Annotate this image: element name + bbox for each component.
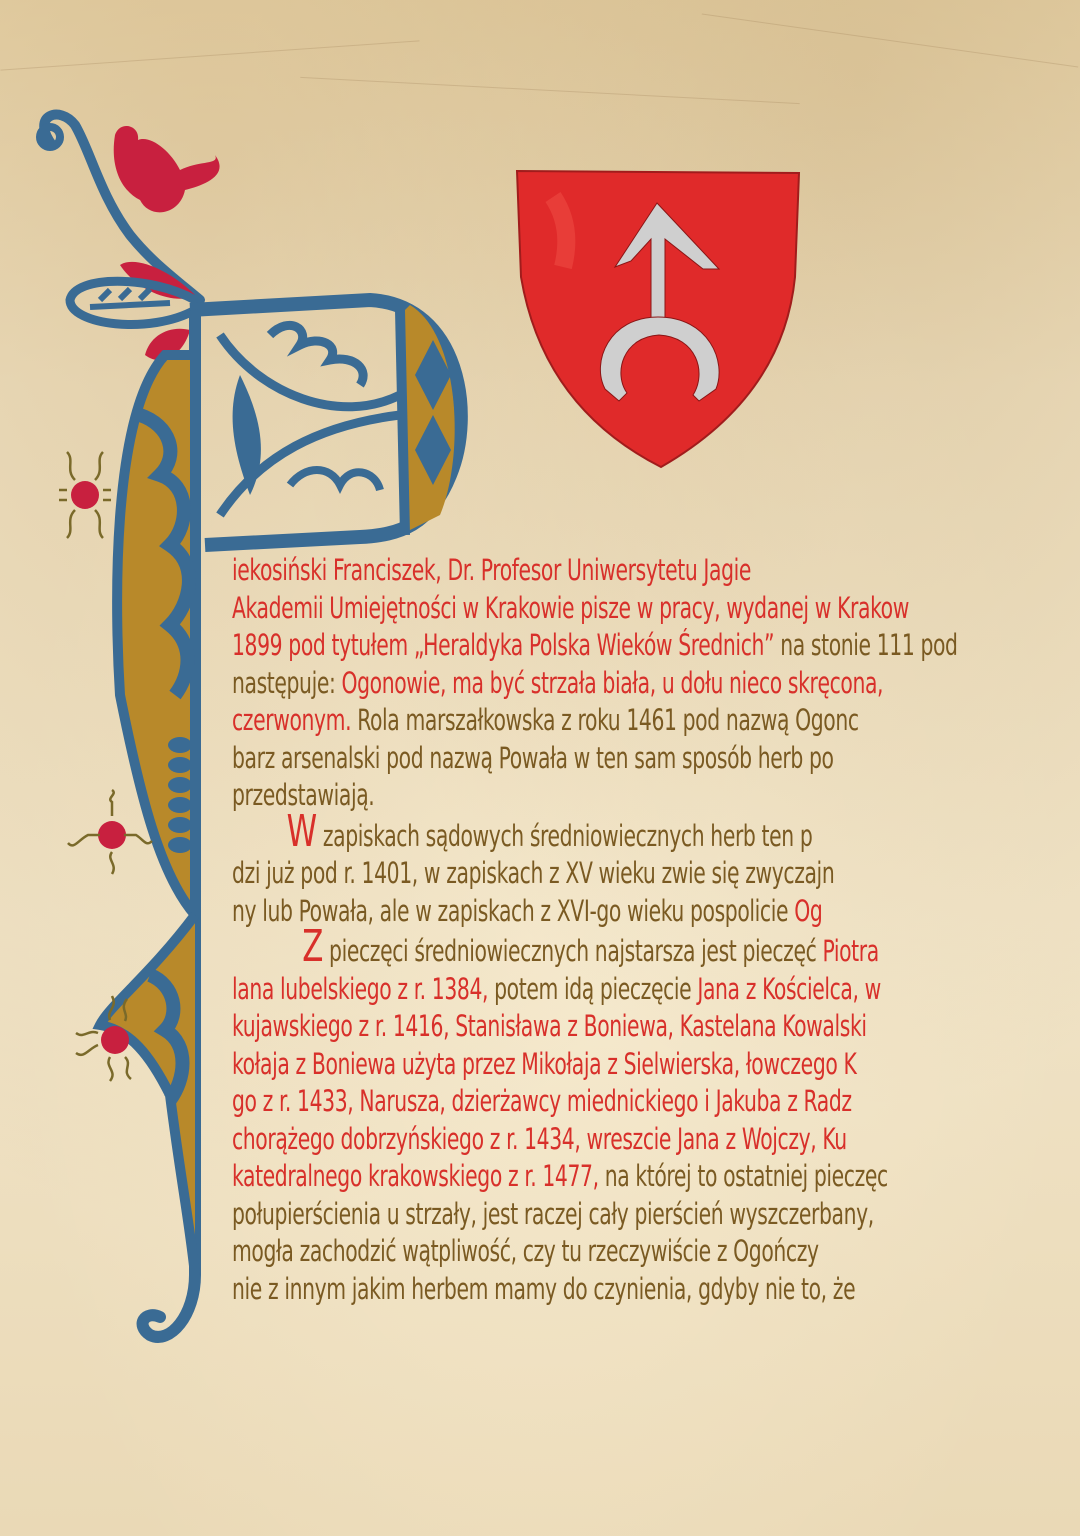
text-line: przedstawiają. bbox=[232, 777, 1080, 815]
text-segment: Jana z Kościelca, w bbox=[697, 972, 881, 1006]
text-segment: go z r. 1433, Narusza, dzierżawcy miedni… bbox=[232, 1084, 852, 1118]
text-segment: Rola marszałkowska z roku 1461 pod nazwą… bbox=[357, 703, 858, 737]
text-line: połupierścienia u strzały, jest raczej c… bbox=[232, 1196, 1080, 1234]
text-segment: kujawskiego z r. 1416, Stanisława z Boni… bbox=[232, 1009, 867, 1043]
text-segment: mogła zachodzić wątpliwość, czy tu rzecz… bbox=[232, 1234, 819, 1268]
text-line: czerwonym. Rola marszałkowska z roku 146… bbox=[232, 702, 1080, 740]
coat-of-arms-shield-icon bbox=[513, 167, 803, 469]
manuscript-page: iekosiński Franciszek, Dr. Profesor Uniw… bbox=[0, 0, 1080, 1536]
text-segment: kołaja z Boniewa użyta przez Mikołaja z … bbox=[232, 1047, 856, 1081]
paper-crease bbox=[0, 40, 419, 70]
manuscript-text: iekosiński Franciszek, Dr. Profesor Uniw… bbox=[232, 552, 1080, 1308]
text-segment: lana lubelskiego z r. 1384, bbox=[232, 972, 494, 1006]
text-line: katedralnego krakowskiego z r. 1477, na … bbox=[232, 1158, 1080, 1196]
drop-cap-z: Z bbox=[302, 921, 323, 972]
text-segment: dzi już pod r. 1401, w zapiskach z XV wi… bbox=[232, 856, 834, 890]
text-segment: nie z innym jakim herbem mamy do czynien… bbox=[232, 1272, 855, 1306]
text-segment: katedralnego krakowskiego z r. 1477, bbox=[232, 1159, 605, 1193]
text-segment: 1899 pod tytułem „Heraldyka Polska Wiekó… bbox=[232, 628, 774, 662]
text-line: ny lub Powała, ale w zapiskach z XVI-go … bbox=[232, 893, 1080, 931]
jewel-ornament-icon bbox=[70, 985, 180, 1095]
text-segment: czerwonym. bbox=[232, 703, 357, 737]
text-segment: następuje: bbox=[232, 666, 342, 700]
text-segment: barz arsenalski pod nazwą Powała w ten s… bbox=[232, 741, 834, 775]
text-line: chorążego dobrzyńskiego z r. 1434, wresz… bbox=[232, 1121, 1080, 1159]
text-segment: pieczęci średniowiecznych najstarsza jes… bbox=[329, 934, 822, 968]
text-line: go z r. 1433, Narusza, dzierżawcy miedni… bbox=[232, 1083, 1080, 1121]
text-line: kołaja z Boniewa użyta przez Mikołaja z … bbox=[232, 1046, 1080, 1084]
jewel-ornament-icon bbox=[45, 440, 125, 550]
text-segment: na stonie 111 pod bbox=[774, 628, 957, 662]
drop-cap-w: W bbox=[287, 806, 317, 857]
text-line: następuje: Ogonowie, ma być strzała biał… bbox=[232, 665, 1080, 703]
text-line: 1899 pod tytułem „Heraldyka Polska Wiekó… bbox=[232, 627, 1080, 665]
text-line: mogła zachodzić wątpliwość, czy tu rzecz… bbox=[232, 1233, 1080, 1271]
text-segment: zapiskach sądowych średniowiecznych herb… bbox=[323, 819, 813, 853]
text-segment: Ogonowie, ma być strzała biała, u dołu n… bbox=[342, 666, 884, 700]
text-segment: potem idą pieczęcie bbox=[494, 972, 697, 1006]
jewel-ornament-icon bbox=[60, 780, 160, 890]
text-line: iekosiński Franciszek, Dr. Profesor Uniw… bbox=[232, 552, 1080, 590]
text-line: dzi już pod r. 1401, w zapiskach z XV wi… bbox=[232, 855, 1080, 893]
text-segment: na której to ostatniej pieczęc bbox=[605, 1159, 888, 1193]
text-line: kujawskiego z r. 1416, Stanisława z Boni… bbox=[232, 1008, 1080, 1046]
text-line: barz arsenalski pod nazwą Powała w ten s… bbox=[232, 740, 1080, 778]
text-segment: Piotra bbox=[822, 934, 878, 968]
text-line: nie z innym jakim herbem mamy do czynien… bbox=[232, 1271, 1080, 1309]
text-segment: połupierścienia u strzały, jest raczej c… bbox=[232, 1197, 874, 1231]
text-segment: Akademii Umiejętności w Krakowie pisze w… bbox=[232, 591, 909, 625]
text-line: Z pieczęci średniowiecznych najstarsza j… bbox=[232, 932, 1080, 971]
text-segment: chorążego dobrzyńskiego z r. 1434, wresz… bbox=[232, 1122, 847, 1156]
text-segment: Og bbox=[794, 894, 822, 928]
text-line: lana lubelskiego z r. 1384, potem idą pi… bbox=[232, 971, 1080, 1009]
text-segment: iekosiński Franciszek, Dr. Profesor Uniw… bbox=[232, 553, 751, 587]
text-line: W zapiskach sądowych średniowiecznych he… bbox=[232, 817, 1080, 856]
paper-crease bbox=[702, 14, 1078, 68]
text-line: Akademii Umiejętności w Krakowie pisze w… bbox=[232, 590, 1080, 628]
